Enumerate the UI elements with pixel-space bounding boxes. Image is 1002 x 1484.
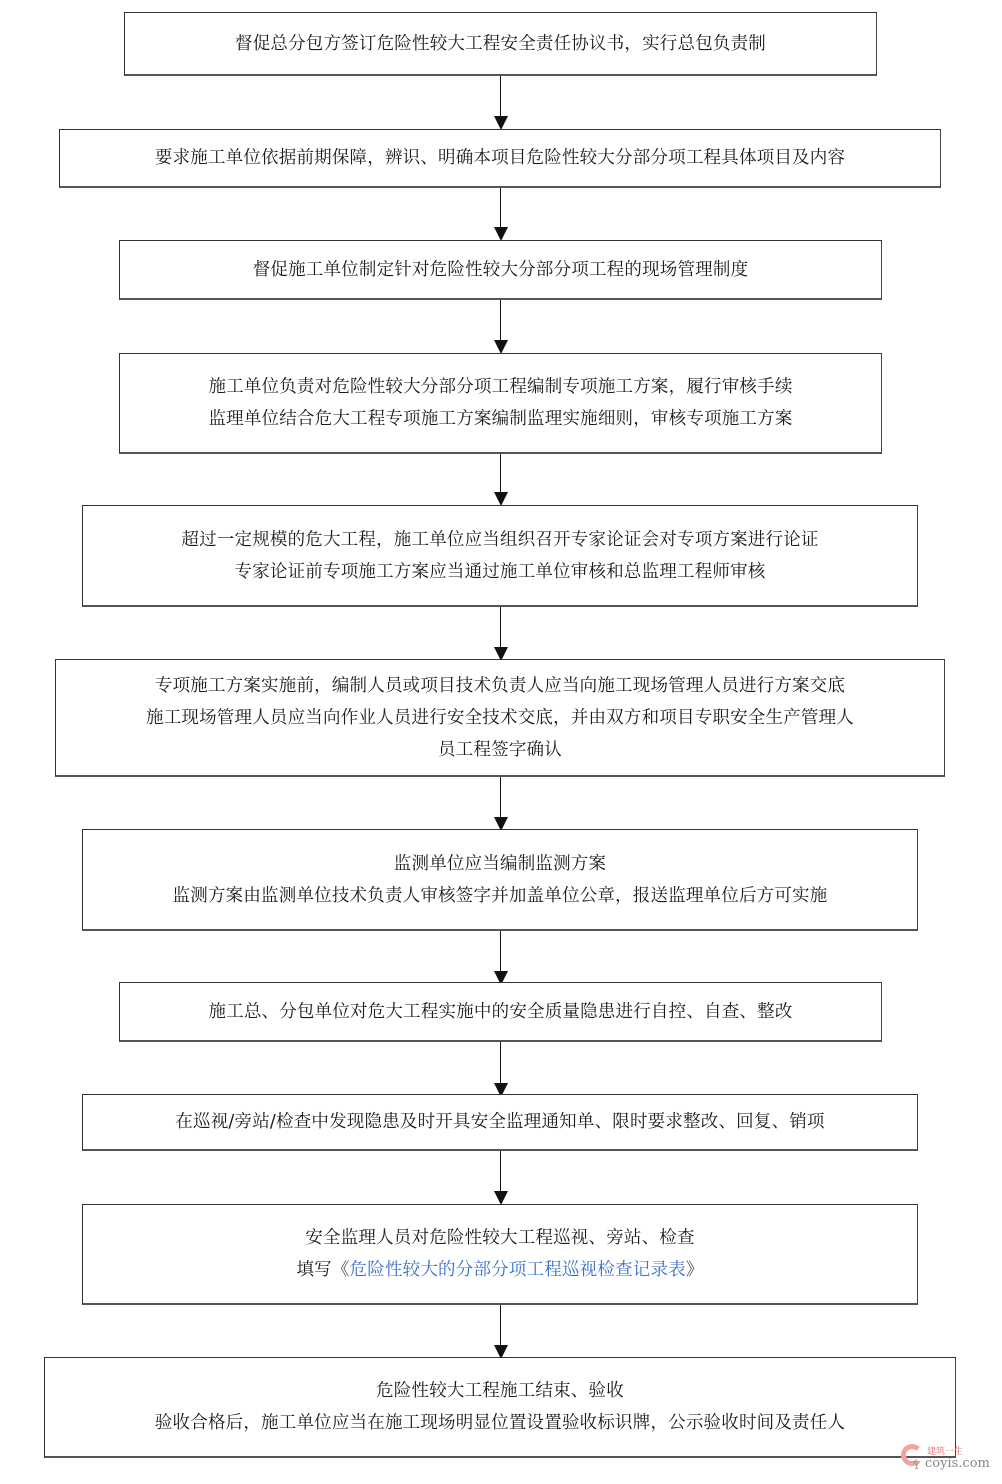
step-11-line-1: 危险性较大工程施工结束、验收 (376, 1375, 624, 1407)
flow-step-3: 督促施工单位制定针对危险性较大分部分项工程的现场管理制度 (119, 240, 882, 300)
connector-2 (500, 188, 501, 228)
step-4-line-1: 施工单位负责对危险性较大分部分项工程编制专项施工方案，履行审核手续 (208, 371, 792, 403)
step-7-line-1: 监测单位应当编制监测方案 (394, 848, 606, 880)
connector-7 (500, 931, 501, 973)
step-1-text: 督促总分包方签订危险性较大工程安全责任协议书，实行总包负责制 (235, 28, 766, 60)
arrow-down-icon (494, 340, 508, 354)
flow-step-2: 要求施工单位依据前期保障，辨识、明确本项目危险性较大分部分项工程具体项目及内容 (59, 129, 941, 188)
step-9-text: 在巡视/旁站/检查中发现隐患及时开具安全监理通知单、限时要求整改、回复、销项 (175, 1106, 824, 1138)
step-6-line-1: 专项施工方案实施前，编制人员或项目技术负责人应当向施工现场管理人员进行方案交底 (155, 670, 845, 702)
flow-step-1: 督促总分包方签订危险性较大工程安全责任协议书，实行总包负责制 (124, 12, 877, 76)
step-2-text: 要求施工单位依据前期保障，辨识、明确本项目危险性较大分部分项工程具体项目及内容 (155, 142, 845, 174)
connector-6 (500, 777, 501, 819)
arrow-down-icon (494, 116, 508, 130)
watermark-en: coyis.com (925, 1456, 990, 1471)
step-7-line-2: 监测方案由监测单位技术负责人审核签字并加盖单位公章，报送监理单位后方可实施 (173, 880, 828, 912)
step-4-line-2: 监理单位结合危大工程专项施工方案编制监理实施细则，审核专项施工方案 (208, 403, 792, 435)
flow-step-5: 超过一定规模的危大工程，施工单位应当组织召开专家论证会对专项方案进行论证 专家论… (82, 505, 918, 607)
connector-3 (500, 300, 501, 342)
flow-step-8: 施工总、分包单位对危大工程实施中的安全质量隐患进行自控、自查、整改 (119, 982, 882, 1042)
step-10-line-2: 填写《危险性较大的分部分项工程巡视检查记录表》 (296, 1254, 703, 1286)
step-3-text: 督促施工单位制定针对危险性较大分部分项工程的现场管理制度 (253, 254, 749, 286)
watermark: Y 建筑一生 coyis.com (897, 1442, 1002, 1482)
step-8-text: 施工总、分包单位对危大工程实施中的安全质量隐患进行自控、自查、整改 (208, 996, 792, 1028)
flow-step-11: 危险性较大工程施工结束、验收 验收合格后，施工单位应当在施工现场明显位置设置验收… (44, 1357, 956, 1458)
connector-9 (500, 1151, 501, 1194)
connector-1 (500, 76, 501, 118)
record-form-link[interactable]: 危险性较大的分部分项工程巡视检查记录表 (350, 1260, 686, 1280)
arrow-down-icon (494, 492, 508, 506)
arrow-down-icon (494, 1191, 508, 1205)
connector-10 (500, 1305, 501, 1347)
arrow-down-icon (494, 227, 508, 241)
flow-step-4: 施工单位负责对危险性较大分部分项工程编制专项施工方案，履行审核手续 监理单位结合… (119, 353, 882, 454)
step-5-line-1: 超过一定规模的危大工程，施工单位应当组织召开专家论证会对专项方案进行论证 (181, 524, 818, 556)
flow-step-7: 监测单位应当编制监测方案 监测方案由监测单位技术负责人审核签字并加盖单位公章，报… (82, 829, 918, 931)
step-5-line-2: 专家论证前专项施工方案应当通过施工单位审核和总监理工程师审核 (235, 556, 766, 588)
connector-5 (500, 607, 501, 649)
step-10-line-1: 安全监理人员对危险性较大工程巡视、旁站、检查 (305, 1222, 694, 1254)
connector-4 (500, 454, 501, 494)
step-6-line-2: 施工现场管理人员应当向作业人员进行安全技术交底，并由双方和项目专职安全生产管理人 (146, 702, 854, 734)
flow-step-9: 在巡视/旁站/检查中发现隐患及时开具安全监理通知单、限时要求整改、回复、销项 (82, 1094, 918, 1151)
watermark-logo-y: Y (913, 1459, 920, 1472)
flow-step-6: 专项施工方案实施前，编制人员或项目技术负责人应当向施工现场管理人员进行方案交底 … (55, 659, 945, 777)
connector-8 (500, 1042, 501, 1085)
fill-prefix: 填写《 (296, 1260, 349, 1280)
step-6-line-3: 员工程签字确认 (438, 734, 562, 766)
step-11-line-2: 验收合格后，施工单位应当在施工现场明显位置设置验收标识牌，公示验收时间及责任人 (155, 1407, 845, 1439)
fill-suffix: 》 (686, 1260, 704, 1280)
flow-step-10: 安全监理人员对危险性较大工程巡视、旁站、检查 填写《危险性较大的分部分项工程巡视… (82, 1204, 918, 1305)
